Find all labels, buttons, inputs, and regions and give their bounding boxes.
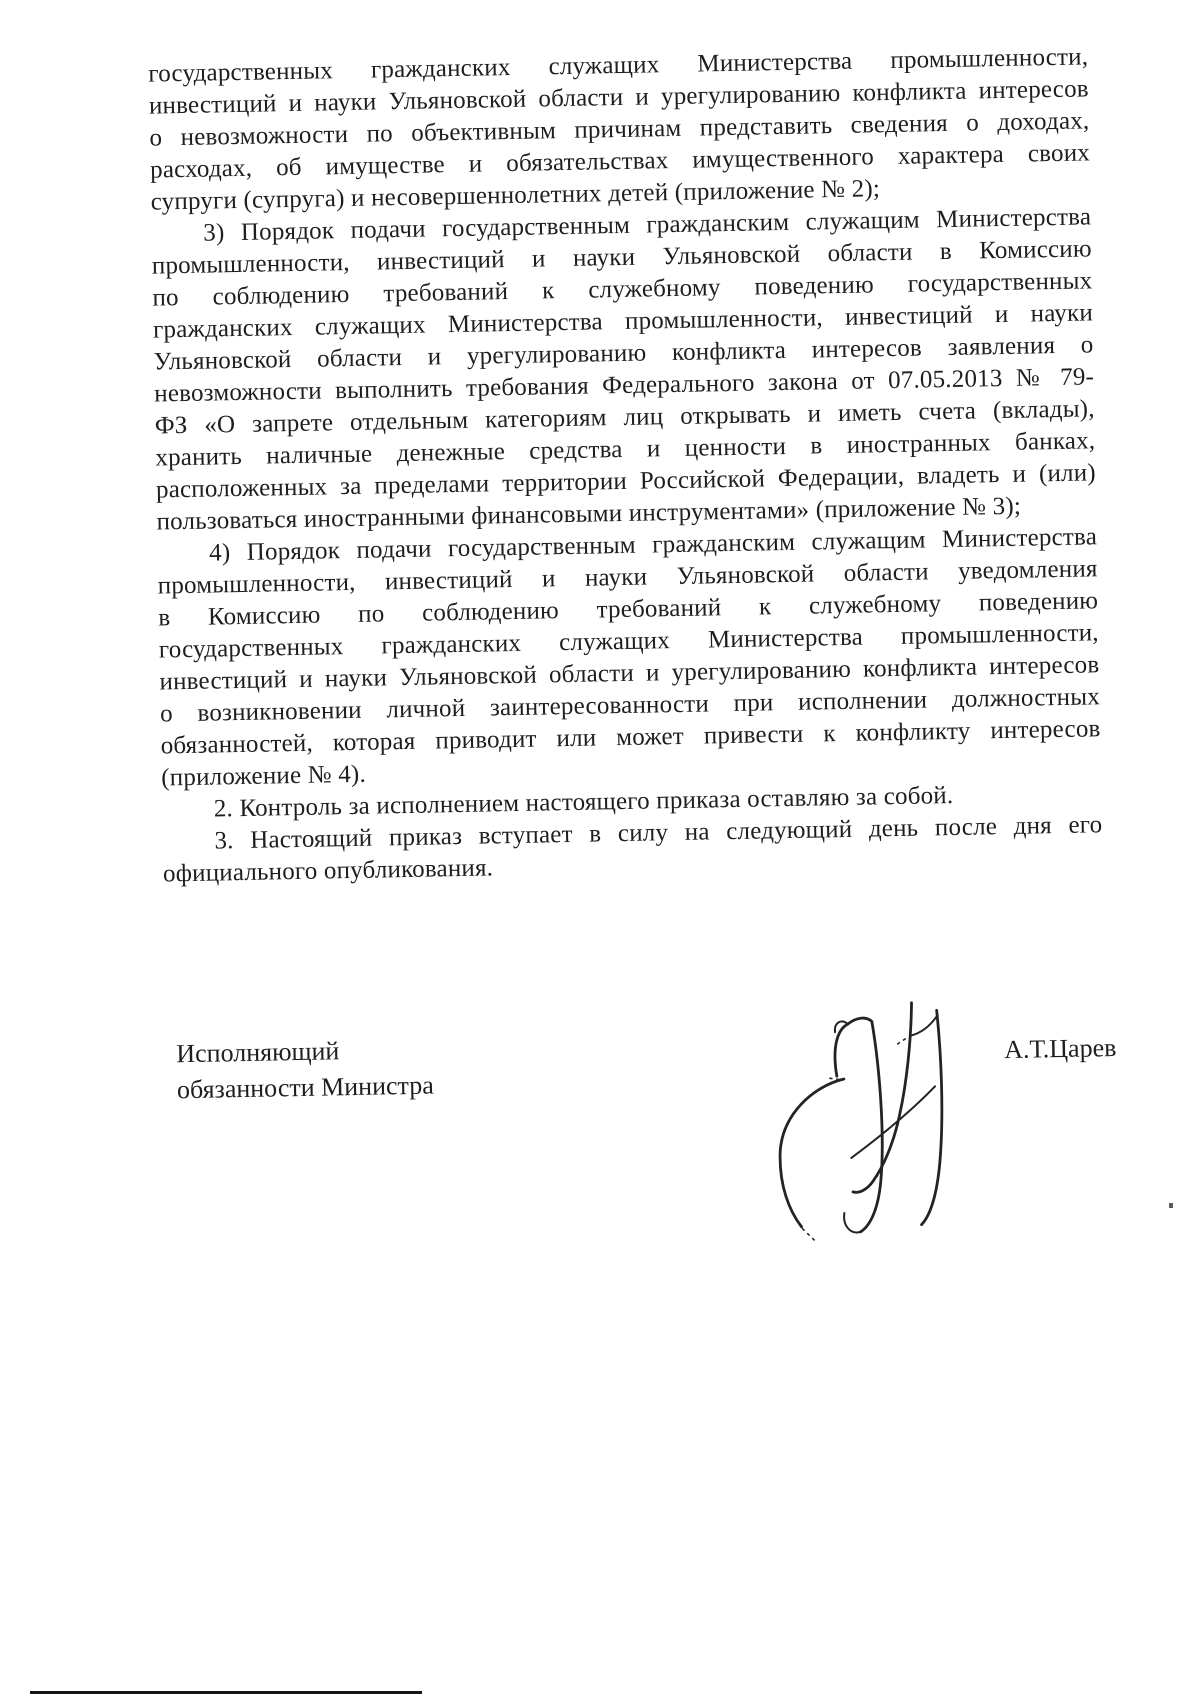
- signer-title-line: Исполняющий: [176, 1032, 433, 1073]
- scan-content: государственных гражданских служащих Мин…: [148, 41, 1103, 890]
- signature-block: Исполняющий обязанности Министра: [165, 971, 1111, 1318]
- document-body: государственных гражданских служащих Мин…: [148, 41, 1103, 890]
- scan-edge-artifact: [30, 1691, 422, 1694]
- signer-title: Исполняющий обязанности Министра: [176, 1032, 434, 1109]
- signer-name: А.Т.Царев: [1004, 1033, 1117, 1065]
- scan-speck-artifact: [1169, 1203, 1173, 1208]
- scanned-document-page: государственных гражданских служащих Мин…: [0, 0, 1200, 1696]
- signer-title-line: обязанности Министра: [177, 1068, 434, 1109]
- handwritten-signature-icon: [729, 916, 955, 1250]
